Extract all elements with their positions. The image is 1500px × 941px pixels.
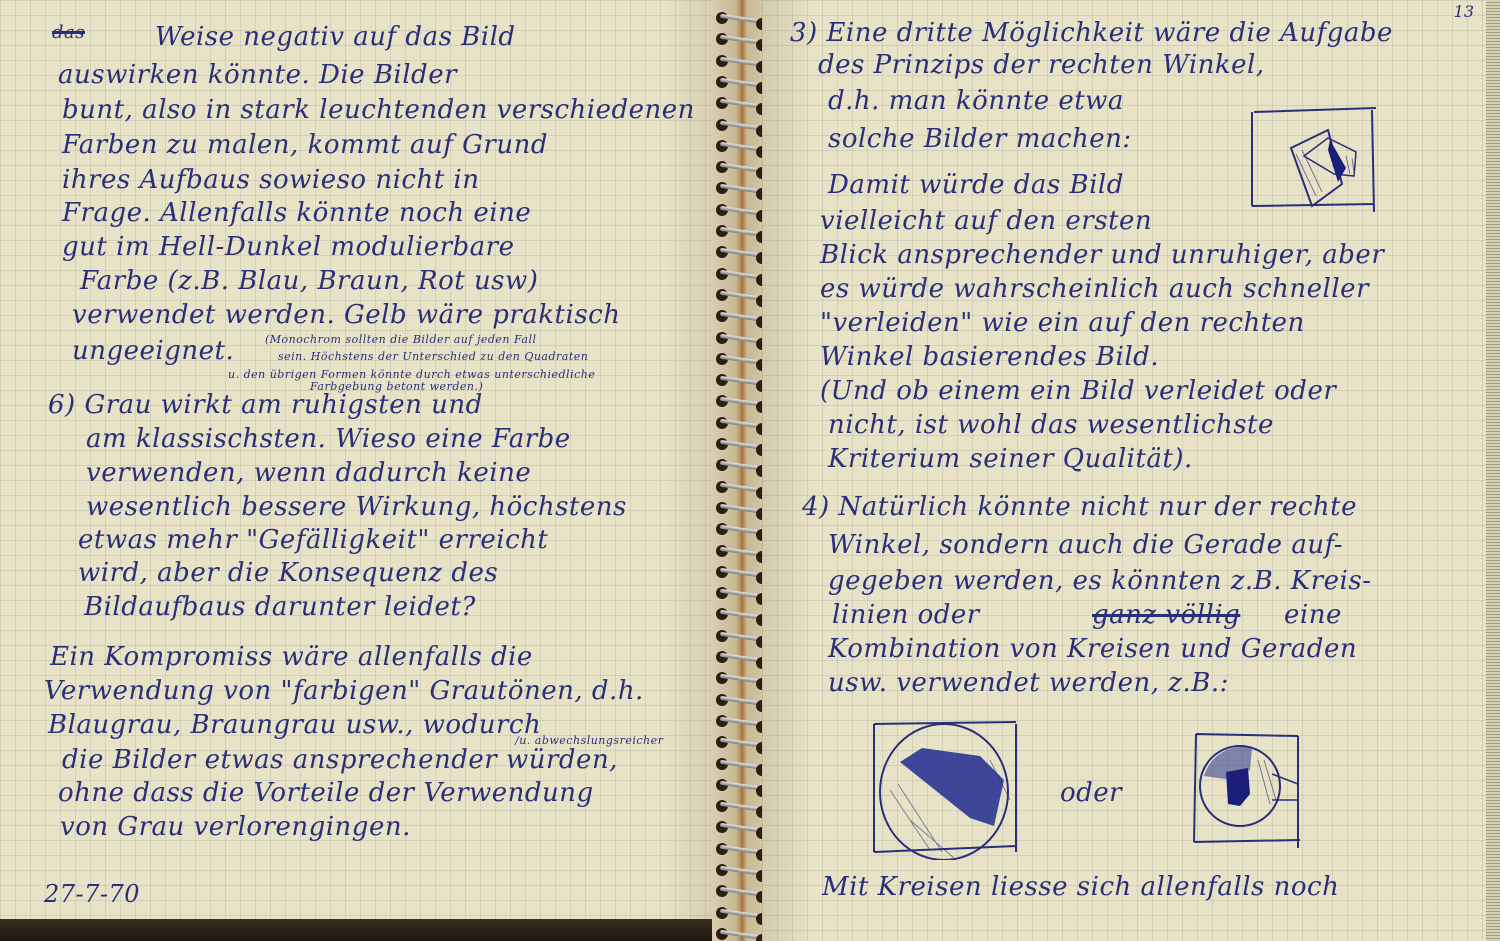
sketch-circle-star xyxy=(1192,730,1312,850)
text-line: auswirken könnte. Die Bilder xyxy=(58,60,457,90)
text-line: "verleiden" wie ein auf den rechten xyxy=(820,308,1305,338)
text-line: 6) Grau wirkt am ruhigsten und xyxy=(48,390,483,420)
connector-word: oder xyxy=(1060,778,1122,808)
text-line: Farbe (z.B. Blau, Braun, Rot usw) xyxy=(80,266,538,296)
text-line: Blaugrau, Braungrau usw., wodurch xyxy=(48,710,541,740)
text-line: 4) Natürlich könnte nicht nur der rechte xyxy=(802,492,1357,522)
text-line: die Bilder etwas ansprechender würden, xyxy=(62,745,618,775)
text-line: vielleicht auf den ersten xyxy=(820,206,1152,236)
text-line: solche Bilder machen: xyxy=(828,124,1132,154)
text-line: Winkel basierendes Bild. xyxy=(820,342,1159,372)
text-line: wird, aber die Konsequenz des xyxy=(78,558,498,588)
text-line: Kriterium seiner Qualität). xyxy=(828,444,1193,474)
text-line: ihres Aufbaus sowieso nicht in xyxy=(62,165,479,195)
text-line: am klassischsten. Wieso eine Farbe xyxy=(86,424,571,454)
text-line: Farben zu malen, kommt auf Grund xyxy=(62,130,548,160)
text-line: Kombination von Kreisen und Geraden xyxy=(828,634,1357,664)
text-line: von Grau verlorengingen. xyxy=(60,812,411,842)
margin-annotation: (Monochrom sollten die Bilder auf jeden … xyxy=(265,333,537,346)
sketch-angled-shapes xyxy=(1246,96,1396,216)
text-line: Bildaufbaus darunter leidet? xyxy=(84,592,476,622)
text-line: ohne dass die Vorteile der Verwendung xyxy=(58,778,594,808)
text-line: d.h. man könnte etwa xyxy=(828,86,1124,116)
page-edges xyxy=(1486,0,1500,941)
text-line: Damit würde das Bild xyxy=(828,170,1124,200)
text-line: 3) Eine dritte Möglichkeit wäre die Aufg… xyxy=(790,18,1393,48)
crossed-out-words: ganz völlig xyxy=(1092,600,1240,630)
text-line: Winkel, sondern auch die Gerade auf- xyxy=(828,530,1343,560)
text-line: des Prinzips der rechten Winkel, xyxy=(818,50,1265,80)
text-line: Weise negativ auf das Bild xyxy=(155,22,516,52)
text-line: Blick ansprechender und unruhiger, aber xyxy=(820,240,1384,270)
left-notebook-page: das Weise negativ auf das Bild auswirken… xyxy=(0,0,722,941)
text-line: gut im Hell-Dunkel modulierbare xyxy=(62,232,514,262)
text-line: bunt, also in stark leuchtenden verschie… xyxy=(62,95,695,125)
sketch-circle-segment xyxy=(870,720,1022,860)
margin-annotation: sein. Höchstens der Unterschied zu den Q… xyxy=(278,350,588,363)
text-line: linien oder xyxy=(832,600,980,630)
text-line: gegeben werden, es könnten z.B. Kreis- xyxy=(828,566,1372,596)
text-line: nicht, ist wohl das wesentlichste xyxy=(828,410,1274,440)
text-line: Verwendung von "farbigen" Grautönen, d.h… xyxy=(44,676,644,706)
text-line: (Und ob einem ein Bild verleidet oder xyxy=(820,376,1336,406)
page-number: 13 xyxy=(1454,2,1474,21)
text-line: wesentlich bessere Wirkung, höchstens xyxy=(86,492,627,522)
text-line: ungeeignet. xyxy=(72,336,234,366)
text-line: Ein Kompromiss wäre allenfalls die xyxy=(50,642,533,672)
text-line: verwendet werden. Gelb wäre praktisch xyxy=(72,300,620,330)
text-line: usw. verwendet werden, z.B.: xyxy=(828,668,1229,698)
text-line: eine xyxy=(1284,600,1342,630)
right-notebook-page: 13 3) Eine dritte Möglichkeit wäre die A… xyxy=(762,0,1500,941)
text-line: Mit Kreisen liesse sich allenfalls noch xyxy=(822,872,1339,902)
text-line: Frage. Allenfalls könnte noch eine xyxy=(62,198,531,228)
crossed-out-word: das xyxy=(52,22,85,43)
entry-date: 27-7-70 xyxy=(44,880,140,908)
text-line: es würde wahrscheinlich auch schneller xyxy=(820,274,1369,304)
text-line: verwenden, wenn dadurch keine xyxy=(86,458,531,488)
text-line: etwas mehr "Gefälligkeit" erreicht xyxy=(78,525,548,555)
